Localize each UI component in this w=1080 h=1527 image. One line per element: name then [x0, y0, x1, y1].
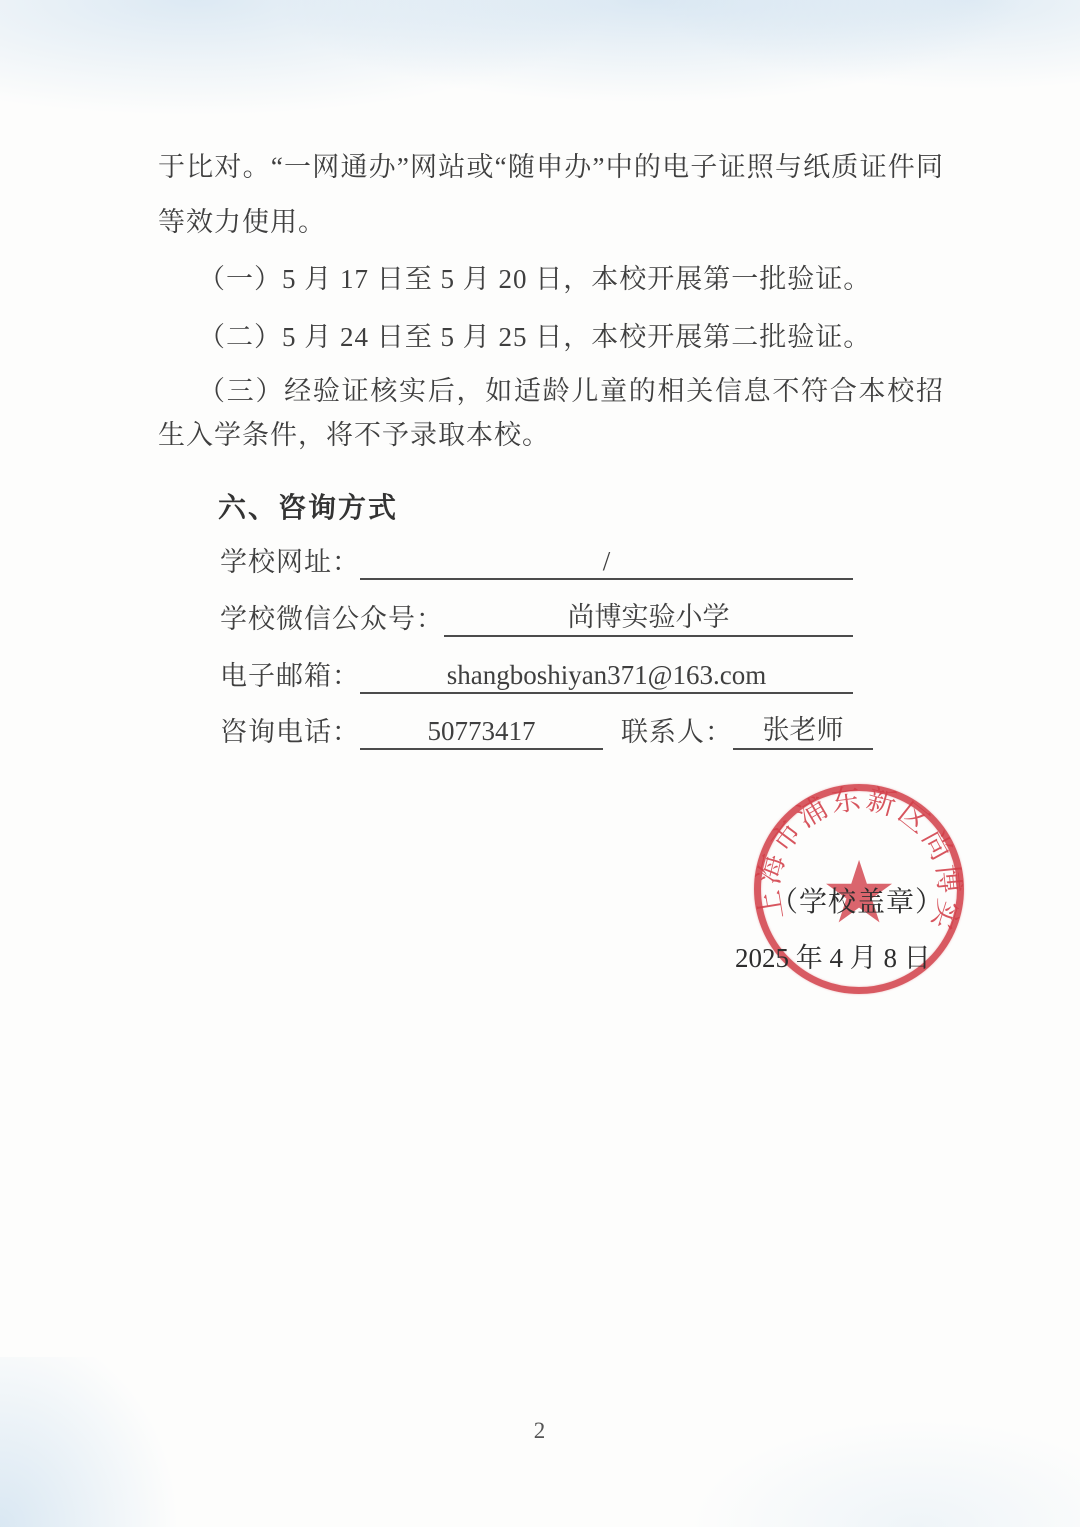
seal-placeholder-label: （学校盖章）	[770, 880, 930, 920]
section-heading-consultation: 六、咨询方式	[218, 490, 398, 526]
field-value-wechat: 尚博实验小学	[444, 595, 853, 637]
field-value-phone: 50773417	[360, 716, 603, 750]
field-value-contact-person: 张老师	[733, 708, 873, 750]
field-phone-and-contact: 咨询电话： 50773417 联系人： 张老师	[220, 704, 860, 750]
field-label-website: 学校网址：	[220, 540, 360, 580]
list-item-second-batch: （二）5 月 24 日至 5 月 25 日，本校开展第二批验证。	[158, 310, 944, 365]
field-wechat-account: 学校微信公众号： 尚博实验小学	[220, 591, 853, 637]
page-number: 2	[0, 1418, 1080, 1444]
field-school-website: 学校网址： /	[220, 534, 853, 580]
list-item-first-batch: （一）5 月 17 日至 5 月 20 日，本校开展第一批验证。	[158, 252, 944, 307]
field-value-email: shangboshiyan371@163.com	[360, 660, 853, 694]
scan-tint-top	[0, 0, 1080, 150]
field-email: 电子邮箱： shangboshiyan371@163.com	[220, 648, 853, 694]
field-label-wechat: 学校微信公众号：	[220, 597, 444, 637]
field-value-website: /	[360, 546, 853, 580]
field-label-phone: 咨询电话：	[220, 710, 360, 750]
field-label-email: 电子邮箱：	[220, 654, 360, 694]
list-item-verification-note: （三）经验证核实后，如适龄儿童的相关信息不符合本校招生入学条件，将不予录取本校。	[158, 369, 944, 457]
field-label-contact-person: 联系人：	[621, 710, 733, 750]
document-date: 2025 年 4 月 8 日	[735, 936, 935, 975]
paragraph-continuation: 于比对。“一网通办”网站或“随申办”中的电子证照与纸质证件同等效力使用。	[158, 140, 944, 250]
